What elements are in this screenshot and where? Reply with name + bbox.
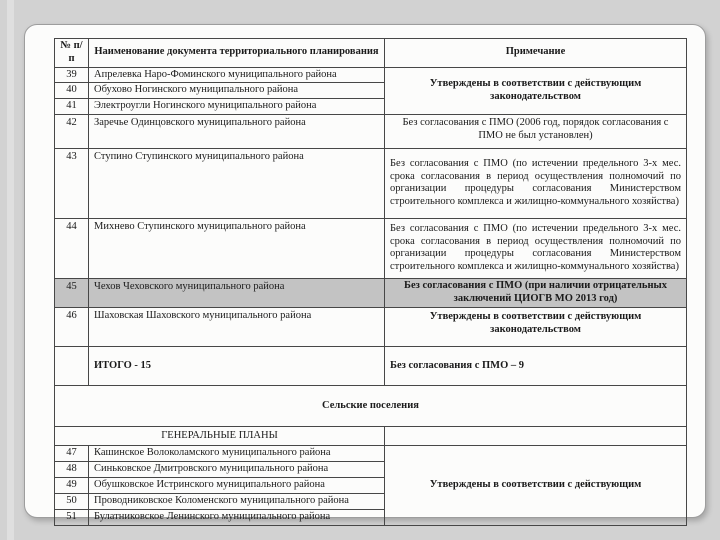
planning-documents-table: № п/п Наименование документа территориал… bbox=[54, 38, 687, 526]
row-number: 49 bbox=[55, 477, 89, 493]
document-name: Апрелевка Наро-Фоминского муниципального… bbox=[89, 67, 385, 83]
total-label: ИТОГО - 15 bbox=[89, 346, 385, 385]
row-number: 51 bbox=[55, 509, 89, 525]
document-name: Заречье Одинцовского муниципального райо… bbox=[89, 114, 385, 148]
note-cell: Без согласования с ПМО (2006 год, порядо… bbox=[385, 114, 687, 148]
document-name: Шаховская Шаховского муниципального райо… bbox=[89, 307, 385, 346]
table-header-row: № п/п Наименование документа территориал… bbox=[55, 39, 687, 68]
document-page: № п/п Наименование документа территориал… bbox=[24, 24, 706, 518]
document-name: Обухово Ногинского муниципального района bbox=[89, 83, 385, 99]
document-name: Чехов Чеховского муниципального района bbox=[89, 278, 385, 307]
col-header-note: Примечание bbox=[385, 39, 687, 68]
row-number: 39 bbox=[55, 67, 89, 83]
document-name: Обушковское Истринского муниципального р… bbox=[89, 477, 385, 493]
document-name: Проводниковское Коломенского муниципальн… bbox=[89, 493, 385, 509]
row-number: 48 bbox=[55, 461, 89, 477]
table-row: 44 Михнево Ступинского муниципального ра… bbox=[55, 218, 687, 278]
section-row: Сельские поселения bbox=[55, 385, 687, 426]
row-number: 45 bbox=[55, 278, 89, 307]
total-row: ИТОГО - 15 Без согласования с ПМО – 9 bbox=[55, 346, 687, 385]
subsection-row: ГЕНЕРАЛЬНЫЕ ПЛАНЫ bbox=[55, 426, 687, 445]
document-name: Электроугли Ногинского муниципального ра… bbox=[89, 99, 385, 115]
row-number: 43 bbox=[55, 148, 89, 218]
subsection-empty-cell bbox=[385, 426, 687, 445]
table-row: 42 Заречье Одинцовского муниципального р… bbox=[55, 114, 687, 148]
table-row: 47 Кашинское Волоколамского муниципально… bbox=[55, 445, 687, 461]
document-name: Михнево Ступинского муниципального район… bbox=[89, 218, 385, 278]
table-row: 43 Ступино Ступинского муниципального ра… bbox=[55, 148, 687, 218]
document-name: Синьковское Дмитровского муниципального … bbox=[89, 461, 385, 477]
row-number: 40 bbox=[55, 83, 89, 99]
note-cell: Без согласования с ПМО (при наличии отри… bbox=[385, 278, 687, 307]
col-header-num: № п/п bbox=[55, 39, 89, 68]
document-name: Кашинское Волоколамского муниципального … bbox=[89, 445, 385, 461]
row-number: 42 bbox=[55, 114, 89, 148]
row-number: 47 bbox=[55, 445, 89, 461]
note-cell: Без согласования с ПМО (по истечении пре… bbox=[385, 148, 687, 218]
note-cell: Без согласования с ПМО (по истечении пре… bbox=[385, 218, 687, 278]
row-number: 41 bbox=[55, 99, 89, 115]
table-row: 39 Апрелевка Наро-Фоминского муниципальн… bbox=[55, 67, 687, 83]
document-name: Ступино Ступинского муниципального район… bbox=[89, 148, 385, 218]
row-number: 46 bbox=[55, 307, 89, 346]
row-number: 50 bbox=[55, 493, 89, 509]
table-row-highlighted: 45 Чехов Чеховского муниципального район… bbox=[55, 278, 687, 307]
section-title: Сельские поселения bbox=[55, 385, 687, 426]
note-cell: Утверждены в соответствии с действующим … bbox=[385, 307, 687, 346]
note-cell-merged-39-41: Утверждены в соответствии с действующим … bbox=[385, 67, 687, 114]
total-row-empty-cell bbox=[55, 346, 89, 385]
slide-edge-strip bbox=[7, 0, 14, 540]
document-name: Булатниковское Ленинского муниципального… bbox=[89, 509, 385, 525]
total-note: Без согласования с ПМО – 9 bbox=[385, 346, 687, 385]
table-row: 46 Шаховская Шаховского муниципального р… bbox=[55, 307, 687, 346]
col-header-name: Наименование документа территориального … bbox=[89, 39, 385, 68]
note-cell-merged-47-51: Утверждены в соответствии с действующим bbox=[385, 445, 687, 525]
row-number: 44 bbox=[55, 218, 89, 278]
subsection-title: ГЕНЕРАЛЬНЫЕ ПЛАНЫ bbox=[55, 426, 385, 445]
